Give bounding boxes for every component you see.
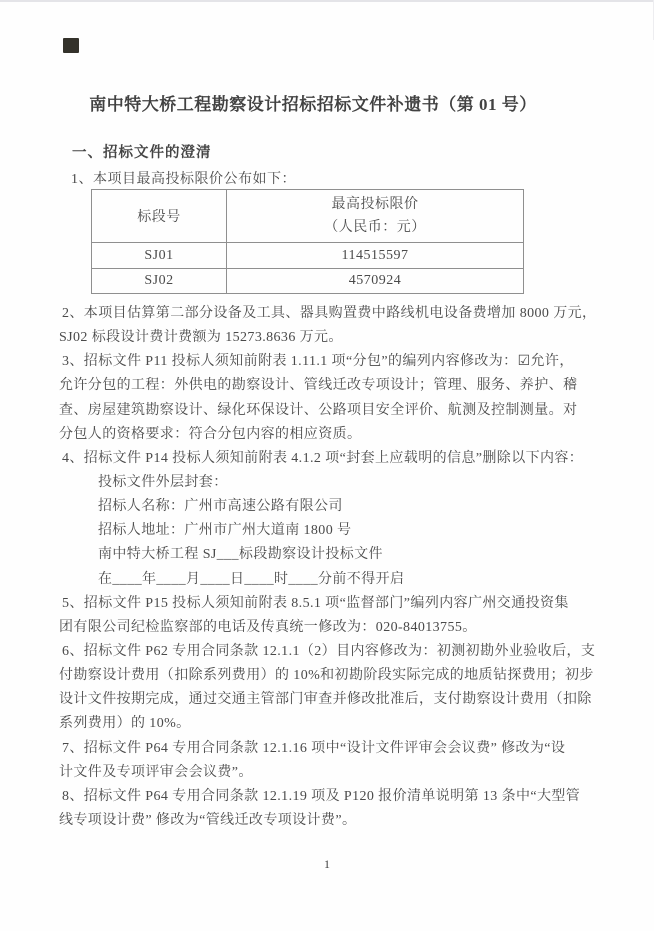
table-header-price-line2: （人民币：元） [227,216,523,239]
table-row: SJ01 114515597 [92,243,524,269]
price-cell: 4570924 [227,269,524,294]
lot-cell: SJ02 [92,269,227,294]
table-header-row: 标段号 最高投标限价 （人民币：元） [92,190,524,243]
table-header-price: 最高投标限价 （人民币：元） [227,190,524,243]
body-line: 5、招标文件 P15 投标人须知前附表 8.5.1 项“监督部门”编列内容广州交… [59,592,583,616]
body-line: 计文件及专项评审会会议费”。 [59,761,583,785]
document-page: 南中特大桥工程勘察设计招标招标文件补遗书（第 01 号） 一、招标文件的澄清 1… [0,0,654,931]
body-line: SJ02 标段设计费计费额为 15273.8636 万元。 [59,326,583,350]
lot-cell: SJ01 [92,243,227,269]
body-text: 2、本项目估算第二部分设备及工具、器具购置费中路线机电设备费增加 8000 万元… [59,302,583,833]
body-line: 团有限公司纪检监察部的电话及传真统一修改为：020-84013755。 [59,616,583,640]
body-line: 允许分包的工程：外供电的勘察设计、管线迁改专项设计；管理、服务、养护、稽 [59,374,583,398]
page-top-edge [0,0,654,2]
body-line: 8、招标文件 P64 专用合同条款 12.1.19 项及 P120 报价清单说明… [59,785,583,809]
page-number: 1 [0,857,654,872]
table-header-price-line1: 最高投标限价 [227,193,523,216]
price-cell: 114515597 [227,243,524,269]
body-line: 3、招标文件 P11 投标人须知前附表 1.11.1 项“分包”的编列内容修改为… [59,350,583,374]
body-line: 查、房屋建筑勘察设计、绿化环保设计、公路项目安全评价、航测及控制测量。对 [59,399,583,423]
scan-artifact-mark [63,38,79,53]
section-heading: 一、招标文件的澄清 [72,141,212,162]
body-line-indented: 招标人名称：广州市高速公路有限公司 [59,495,583,519]
body-line: 设计文件按期完成，通过交通主管部门审查并修改批准后，支付勘察设计费用（扣除 [59,688,583,712]
table-header-lot: 标段号 [92,190,227,243]
table-row: SJ02 4570924 [92,269,524,294]
body-line-indented: 招标人地址：广州市广州大道南 1800 号 [59,519,583,543]
document-title: 南中特大桥工程勘察设计招标招标文件补遗书（第 01 号） [0,90,626,115]
price-limit-table: 标段号 最高投标限价 （人民币：元） SJ01 114515597 SJ02 4… [91,189,524,294]
body-line: 付勘察设计费用（扣除系列费用）的 10%和初勘阶段实际完成的地质钻探费用；初步 [59,664,583,688]
body-line: 6、招标文件 P62 专用合同条款 12.1.1（2）目内容修改为：初测初勘外业… [59,640,583,664]
body-line: 4、招标文件 P14 投标人须知前附表 4.1.2 项“封套上应载明的信息”删除… [59,447,583,471]
body-line-indented: 在____年____月____日____时____分前不得开启 [59,568,583,592]
body-line-indented: 南中特大桥工程 SJ___标段勘察设计投标文件 [59,543,583,567]
body-line: 2、本项目估算第二部分设备及工具、器具购置费中路线机电设备费增加 8000 万元… [59,302,583,326]
body-line-indented: 投标文件外层封套： [59,471,583,495]
item-1-intro-line: 1、本项目最高投标限价公布如下： [71,168,296,188]
body-line: 分包人的资格要求：符合分包内容的相应资质。 [59,423,583,447]
body-line: 线专项设计费” 修改为“管线迁改专项设计费”。 [59,809,583,833]
body-line: 7、招标文件 P64 专用合同条款 12.1.16 项中“设计文件评审会会议费”… [59,737,583,761]
body-line: 系列费用）的 10%。 [59,712,583,736]
